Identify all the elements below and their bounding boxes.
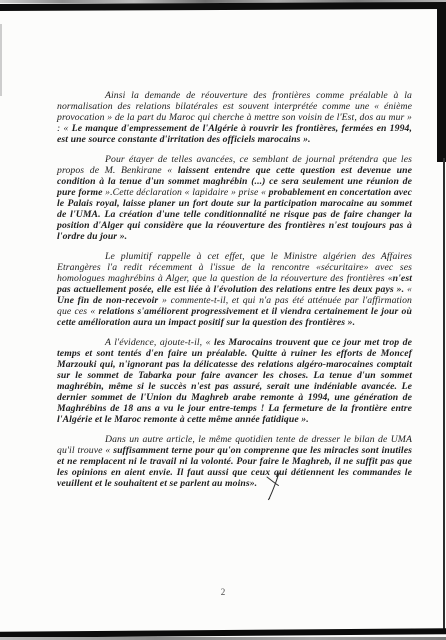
paragraph-2: Pour étayer de telles avancées, ce sembl… (57, 154, 412, 242)
page-number: 2 (0, 587, 446, 597)
document-body: Ainsi la demande de réouverture des fron… (57, 90, 412, 498)
scan-edge-left-smudge (0, 24, 2, 96)
paragraph-1: Ainsi la demande de réouverture des fron… (57, 90, 412, 145)
scan-edge-right (437, 4, 446, 162)
body-text: A l'évidence, ajoute-t-il, « (105, 337, 214, 348)
handwritten-paraph-icon (265, 478, 281, 486)
paragraph-3: Le plumitif rappelle à cet effet, que le… (57, 251, 412, 328)
quoted-bold-text: Une fin de non-recevoir (57, 295, 158, 306)
quoted-bold-text: Le manque d'empressement de l'Algérie à … (57, 123, 412, 145)
body-text: Le plumitif rappelle à cet effet, que le… (57, 251, 412, 284)
paragraph-4: A l'évidence, ajoute-t-il, « les Marocai… (57, 337, 412, 425)
scan-edge-right-line (443, 158, 445, 632)
scanned-document-page: Ainsi la demande de réouverture des fron… (0, 0, 446, 640)
body-text: « (404, 284, 412, 295)
paragraph-5: Dans un autre article, le même quotidien… (57, 434, 412, 489)
body-text: ».Cette déclaration « lapidaire » prise … (103, 187, 269, 198)
quoted-bold-text: relations s'améliorent progressivement e… (57, 306, 412, 328)
scan-edge-top (0, 2, 446, 11)
quoted-bold-text: les Marocains trouvent que ce jour met t… (57, 337, 412, 425)
